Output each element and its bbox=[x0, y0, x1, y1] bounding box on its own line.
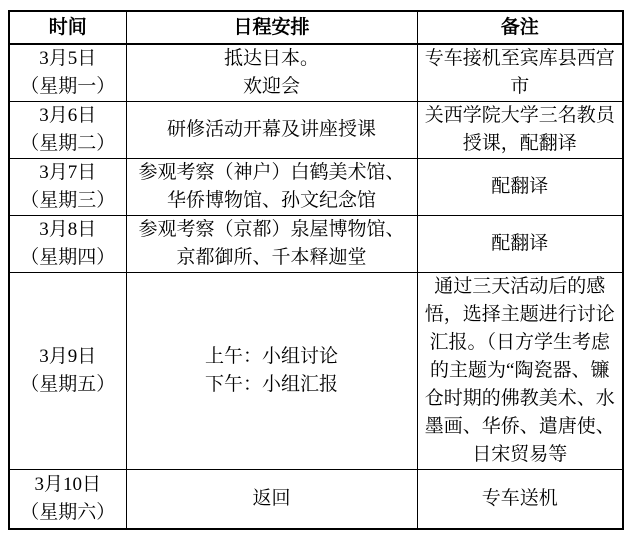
cell-schedule: 返回 bbox=[126, 470, 417, 529]
document-page: 时间 日程安排 备注 3月5日 （星期一） 抵达日本。 欢迎会 专车接机至宾库县… bbox=[0, 0, 636, 544]
cell-note: 专车送机 bbox=[417, 470, 623, 529]
cell-schedule: 抵达日本。 欢迎会 bbox=[126, 44, 417, 102]
table-row: 3月10日 （星期六） 返回 专车送机 bbox=[9, 470, 623, 529]
cell-time: 3月8日 （星期四） bbox=[9, 216, 126, 273]
cell-schedule: 参观考察（神户）白鹤美术馆、 华侨博物馆、孙文纪念馆 bbox=[126, 159, 417, 216]
cell-time: 3月5日 （星期一） bbox=[9, 44, 126, 102]
header-row: 时间 日程安排 备注 bbox=[9, 11, 623, 44]
table-row: 3月8日 （星期四） 参观考察（京都）泉屋博物馆、 京都御所、千本释迦堂 配翻译 bbox=[9, 216, 623, 273]
table-row: 3月5日 （星期一） 抵达日本。 欢迎会 专车接机至宾库县西宫 市 bbox=[9, 44, 623, 102]
cell-schedule: 上午：小组讨论 下午：小组汇报 bbox=[126, 273, 417, 470]
cell-schedule: 研修活动开幕及讲座授课 bbox=[126, 102, 417, 159]
table-row: 3月6日 （星期二） 研修活动开幕及讲座授课 关西学院大学三名教员 授课，配翻译 bbox=[9, 102, 623, 159]
cell-time: 3月6日 （星期二） bbox=[9, 102, 126, 159]
cell-time: 3月7日 （星期三） bbox=[9, 159, 126, 216]
header-notes: 备注 bbox=[417, 11, 623, 44]
cell-note: 配翻译 bbox=[417, 159, 623, 216]
cell-note: 通过三天活动后的感 悟，选择主题进行讨论 汇报。（日方学生考虑 的主题为“陶瓷器… bbox=[417, 273, 623, 470]
header-schedule: 日程安排 bbox=[126, 11, 417, 44]
cell-note: 配翻译 bbox=[417, 216, 623, 273]
table-row: 3月7日 （星期三） 参观考察（神户）白鹤美术馆、 华侨博物馆、孙文纪念馆 配翻… bbox=[9, 159, 623, 216]
cell-time: 3月10日 （星期六） bbox=[9, 470, 126, 529]
cell-time: 3月9日 （星期五） bbox=[9, 273, 126, 470]
schedule-table: 时间 日程安排 备注 3月5日 （星期一） 抵达日本。 欢迎会 专车接机至宾库县… bbox=[8, 10, 624, 530]
cell-note: 关西学院大学三名教员 授课，配翻译 bbox=[417, 102, 623, 159]
table-row: 3月9日 （星期五） 上午：小组讨论 下午：小组汇报 通过三天活动后的感 悟，选… bbox=[9, 273, 623, 470]
cell-note: 专车接机至宾库县西宫 市 bbox=[417, 44, 623, 102]
header-time: 时间 bbox=[9, 11, 126, 44]
cell-schedule: 参观考察（京都）泉屋博物馆、 京都御所、千本释迦堂 bbox=[126, 216, 417, 273]
